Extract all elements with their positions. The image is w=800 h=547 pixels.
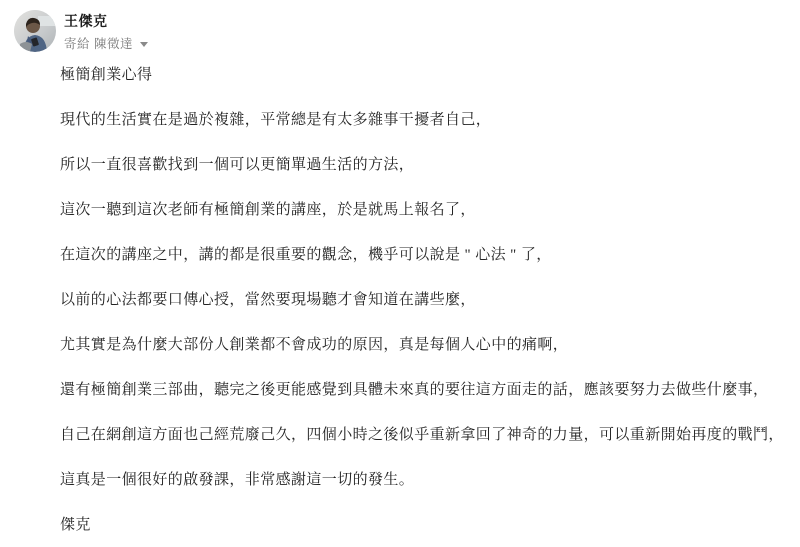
- sent-to-label: 寄給: [64, 34, 90, 52]
- body-paragraph: 這次一聽到這次老師有極簡創業的講座，於是就馬上報名了，: [60, 200, 800, 220]
- body-paragraph: 還有極簡創業三部曲，聽完之後更能感覺到具體未來真的要往這方面走的話，應該要努力去…: [60, 380, 800, 400]
- body-paragraph: 在這次的講座之中，講的都是很重要的觀念，機乎可以說是 " 心法 " 了，: [60, 245, 800, 265]
- body-paragraph: 自己在網創這方面也己經荒廢己久，四個小時之後似乎重新拿回了神奇的力量，可以重新開…: [60, 425, 800, 445]
- body-paragraph: 尤其實是為什麼大部份人創業都不會成功的原因，真是每個人心中的痛啊，: [60, 335, 800, 355]
- message-header: 王傑克 寄給 陳徵達: [0, 0, 800, 53]
- body-paragraph: 所以一直很喜歡找到一個可以更簡單過生活的方法，: [60, 155, 800, 175]
- body-paragraph: 現代的生活實在是過於複雜，平常總是有太多雜事干擾者自己，: [60, 110, 800, 130]
- sender-avatar[interactable]: [14, 10, 56, 52]
- chevron-down-icon: [140, 42, 148, 47]
- sender-photo-icon: [14, 10, 56, 52]
- recipient-details-toggle[interactable]: 寄給 陳徵達: [64, 34, 148, 52]
- sender-name: 王傑克: [64, 13, 148, 30]
- signature-line: 傑克: [60, 515, 800, 535]
- message-subject-line: 極簡創業心得: [60, 65, 800, 85]
- sender-info: 王傑克 寄給 陳徵達: [64, 10, 148, 53]
- recipient-name: 陳徵達: [94, 34, 133, 52]
- body-paragraph: 這真是一個很好的啟發課，非常感謝這一切的發生。: [60, 470, 800, 490]
- message-body: 極簡創業心得 現代的生活實在是過於複雜，平常總是有太多雜事干擾者自己， 所以一直…: [0, 53, 800, 535]
- body-paragraph: 以前的心法都要口傳心授，當然要現場聽才會知道在講些麼，: [60, 290, 800, 310]
